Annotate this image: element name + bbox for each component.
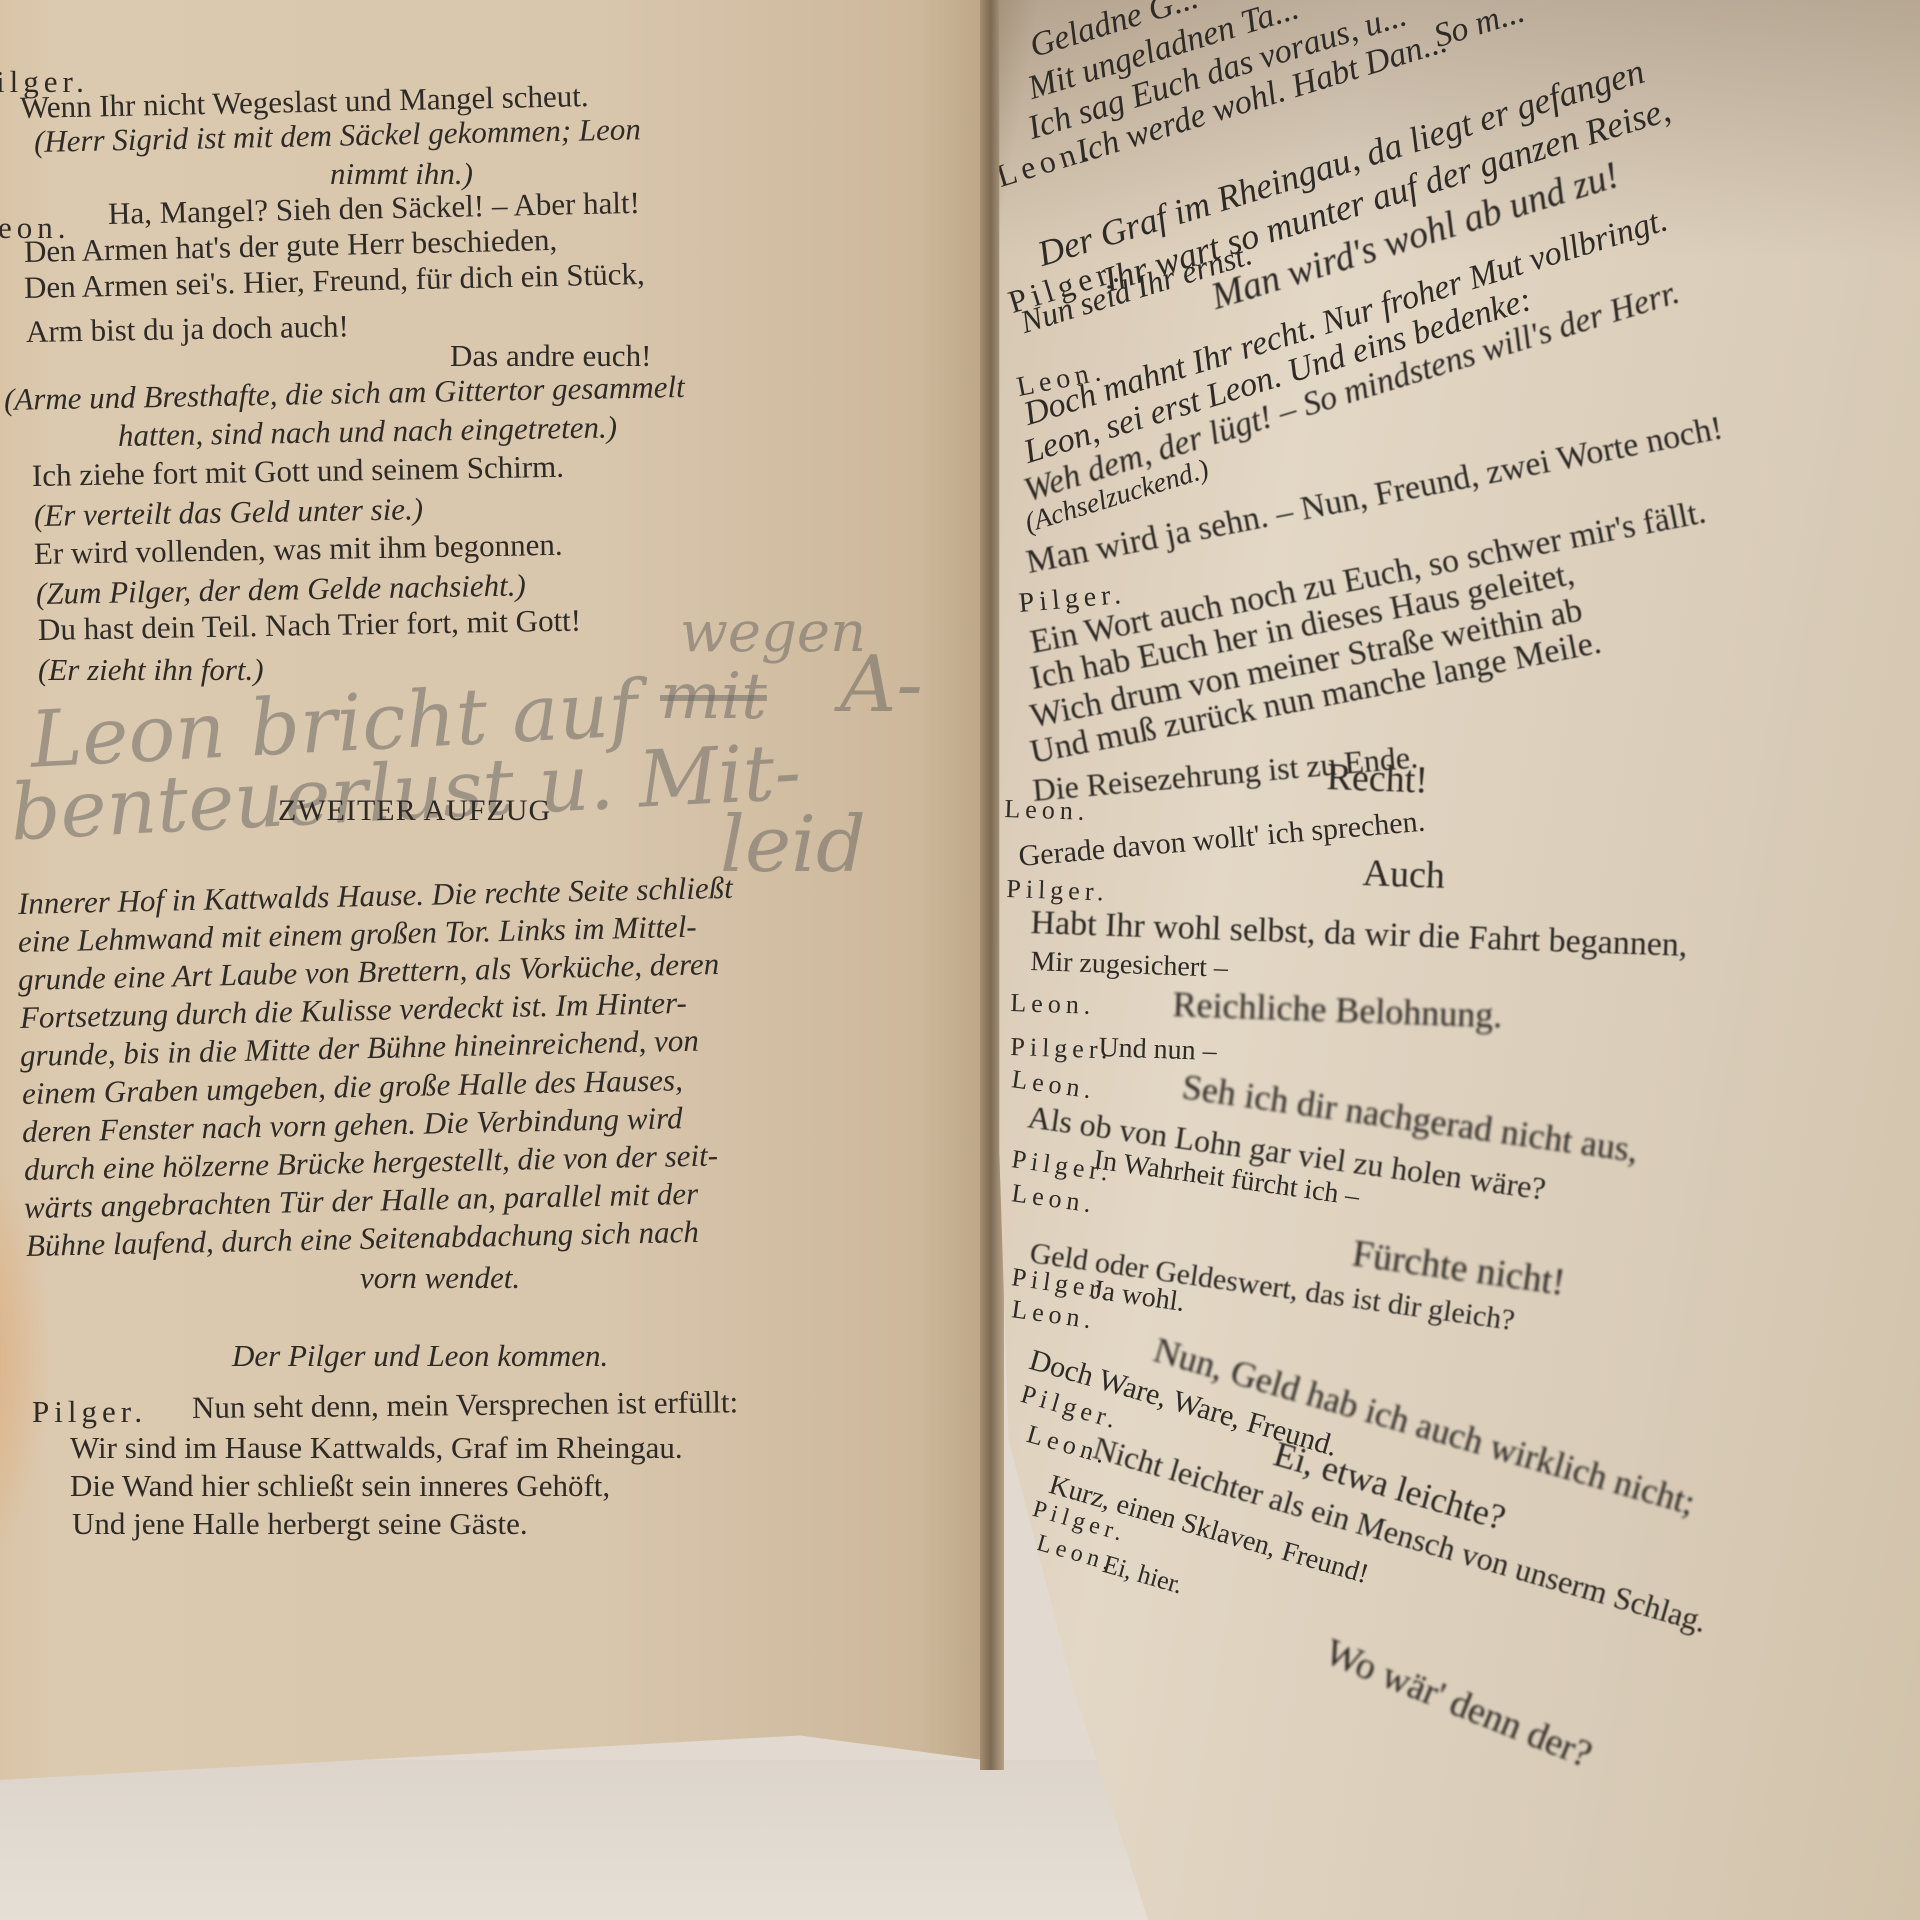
act-heading: ZWEITER AUFZUG — [278, 796, 551, 826]
verse-line: Er wird vollenden, was mit ihm begonnen. — [34, 529, 563, 569]
verse-line: Das andre euch! — [450, 340, 651, 371]
handwritten-insert: wegen — [680, 600, 866, 665]
verse-line: Ich ziehe fort mit Gott und seinem Schir… — [32, 451, 565, 491]
stage-direction: (Zum Pilger, der dem Gelde nachsieht.) — [36, 569, 526, 609]
stage-direction: (Er verteilt das Geld unter sie.) — [34, 493, 424, 531]
handwritten-line: leid — [720, 800, 866, 890]
speaker-label: Pilger. — [32, 1396, 147, 1427]
verse-line: Ei, hier. — [1100, 1551, 1186, 1598]
handwritten-struck-word: mit — [660, 660, 767, 734]
stage-direction: (Arme und Bresthafte, die sich am Gitter… — [4, 371, 685, 415]
stage-direction: hatten, sind nach und nach eingetreten.) — [118, 411, 618, 451]
speaker-label: Leon. — [1010, 990, 1096, 1019]
verse-line: Mir zugesichert – — [1030, 948, 1228, 983]
entrance-direction: Der Pilger und Leon kommen. — [232, 1340, 608, 1371]
stage-direction: nimmt ihn.) — [330, 158, 473, 189]
verse-line: Du hast dein Teil. Nach Trier fort, mit … — [38, 605, 582, 645]
verse-line: Wo wär' denn der? — [1320, 1633, 1597, 1774]
speaker-label: Leon. — [1010, 1066, 1098, 1104]
verse-line: Recht! — [1326, 758, 1429, 800]
verse-line: Und jene Halle herbergt seine Gäste. — [72, 1508, 528, 1539]
handwritten-line: A- — [840, 640, 923, 730]
verse-line: Wir sind im Hause Kattwalds, Graf im Rhe… — [70, 1432, 683, 1463]
verse-line: Auch — [1362, 854, 1446, 895]
speaker-label: Leon. — [1004, 796, 1090, 825]
speaker-label: Leon. — [1010, 1180, 1098, 1218]
stage-direction: vorn wendet. — [360, 1262, 520, 1293]
verse-line: Reichliche Belohnung. — [1172, 986, 1503, 1033]
speaker-label: Leon. — [1010, 1296, 1098, 1334]
verse-line: Nun seht denn, mein Versprechen ist erfü… — [192, 1386, 738, 1423]
right-page: Geladne G... Mit ungeladnen Ta... Ich sa… — [990, 0, 1920, 1920]
left-page: ilger. Wenn Ihr nicht Wegeslast und Mang… — [0, 0, 1000, 1780]
verse-line: Arm bist du ja doch auch! — [26, 310, 349, 347]
verse-line: Ha, Mangel? Sieh den Säckel! – Aber halt… — [108, 187, 641, 229]
stage-direction: (Er zieht ihn fort.) — [38, 654, 264, 685]
verse-line: Und nun – — [1098, 1034, 1217, 1066]
verse-line: Die Wand hier schließt sein inneres Gehö… — [70, 1470, 610, 1501]
speaker-label: Pilger. — [1006, 876, 1109, 906]
